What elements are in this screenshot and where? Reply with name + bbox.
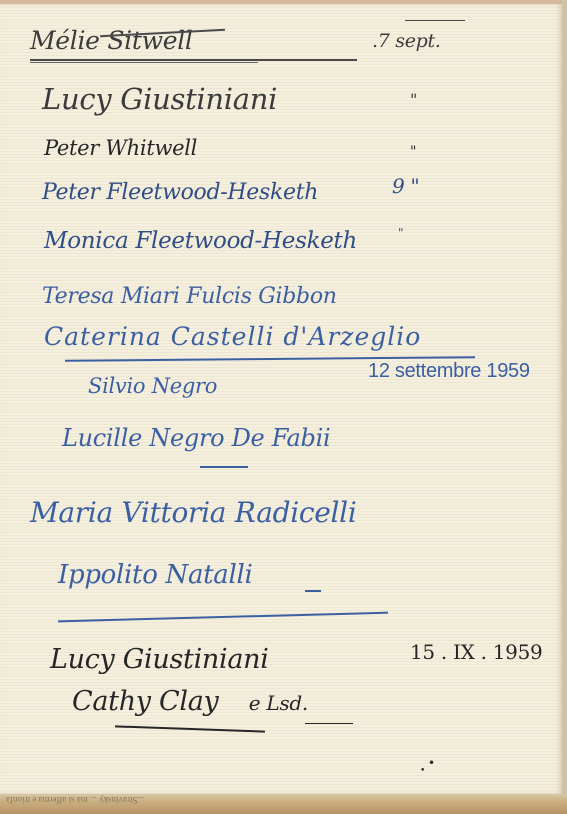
signature-underline bbox=[30, 62, 258, 63]
signature-entry-10: Maria Vittoria Radicelli bbox=[30, 496, 357, 529]
signature-entry-3: Peter Whitwell bbox=[44, 136, 197, 160]
signature-name: Maria Vittoria Radicelli bbox=[30, 496, 357, 529]
ink-blot: • bbox=[428, 756, 435, 770]
signature-entry-1: Mélie Sitwell bbox=[30, 26, 193, 55]
signature-entry-7: Caterina Castelli d'Arzeglio bbox=[44, 322, 421, 351]
signature-name: Teresa Miari Fulcis Gibbon bbox=[42, 284, 337, 309]
signature-name: Peter Whitwell bbox=[44, 136, 197, 160]
ditto-mark: " bbox=[398, 226, 403, 240]
signature-name: Lucille Negro De Fabii bbox=[62, 424, 330, 452]
signature-entry-13: Cathy Clay e Lsd. bbox=[72, 686, 308, 717]
signature-name: Lucy Giustiniani bbox=[50, 644, 269, 675]
signature-underline bbox=[200, 466, 248, 468]
signature-name: Caterina Castelli d'Arzeglio bbox=[44, 322, 421, 351]
signature-entry-12: Lucy Giustiniani bbox=[50, 644, 269, 675]
signature-suffix: e Lsd. bbox=[249, 691, 308, 715]
section-divider-line bbox=[58, 612, 388, 622]
signature-entry-4: Peter Fleetwood-Hesketh bbox=[42, 180, 318, 205]
signature-entry-6: Teresa Miari Fulcis Gibbon bbox=[42, 284, 337, 309]
signature-name: Lucy Giustiniani bbox=[42, 82, 277, 116]
signature-name: Peter Fleetwood-Hesketh bbox=[42, 180, 318, 205]
signature-entry-5: Monica Fleetwood-Hesketh bbox=[44, 228, 357, 254]
signature-underline bbox=[30, 59, 357, 61]
entry-date: .7 sept. bbox=[372, 30, 441, 52]
signature-entry-9: Lucille Negro De Fabii bbox=[62, 424, 330, 452]
signature-name: Cathy Clay bbox=[72, 686, 218, 717]
page-right-edge bbox=[562, 0, 567, 814]
date-overline bbox=[405, 20, 465, 21]
signature-entry-8: Silvio Negro bbox=[88, 374, 217, 398]
bottom-edge-text: ...Stravinsky ... ma si afferma e trionf… bbox=[6, 795, 144, 805]
ditto-mark: " bbox=[410, 90, 417, 109]
signature-entry-11: Ippolito Natalli bbox=[58, 560, 253, 590]
signature-entry-2: Lucy Giustiniani bbox=[42, 82, 277, 116]
signature-underline bbox=[115, 725, 265, 732]
entry-date: 15 . IX . 1959 bbox=[410, 640, 542, 664]
dash-mark bbox=[305, 590, 321, 592]
ink-blot: • bbox=[420, 766, 425, 776]
page-bottom-edge: ...Stravinsky ... ma si afferma e trionf… bbox=[0, 794, 567, 814]
entry-date: 12 settembre 1959 bbox=[368, 360, 530, 383]
signature-name: Monica Fleetwood-Hesketh bbox=[44, 228, 357, 254]
signature-underline bbox=[305, 723, 353, 724]
guestbook-page: Mélie Sitwell .7 sept. Lucy Giustiniani … bbox=[0, 4, 562, 794]
signature-name: Mélie Sitwell bbox=[30, 26, 193, 55]
signature-name: Silvio Negro bbox=[88, 374, 217, 398]
ditto-mark: " bbox=[410, 144, 416, 160]
entry-date: 9 " bbox=[392, 174, 419, 198]
signature-name: Ippolito Natalli bbox=[58, 560, 253, 590]
